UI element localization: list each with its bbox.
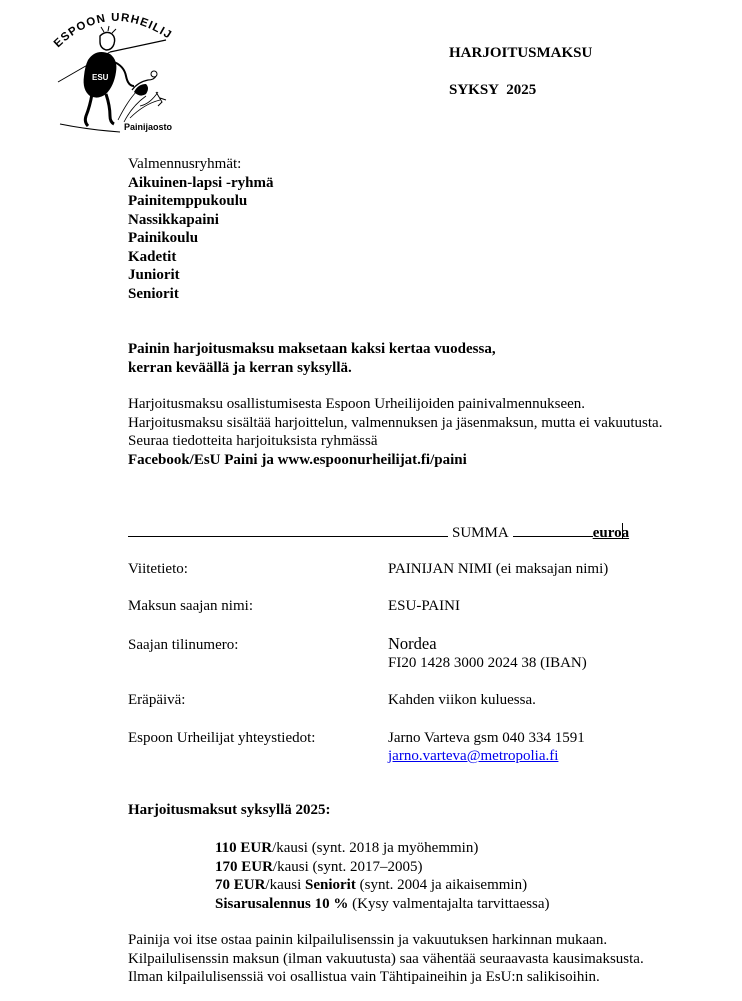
iban-value: FI20 1428 3000 2024 38 (IBAN) xyxy=(388,655,587,672)
summa-field[interactable] xyxy=(513,522,593,537)
wrestler-logo-icon: ESPOON URHEILIJAT ESU xyxy=(48,2,180,136)
group-item: Nassikkapaini xyxy=(128,211,273,230)
group-item: Painikoulu xyxy=(128,229,273,248)
recipient-name-label: Maksun saajan nimi: xyxy=(128,598,253,615)
group-item: Juniorit xyxy=(128,266,273,285)
payer-name-field[interactable] xyxy=(128,522,448,537)
training-groups: Valmennusryhmät: Aikuinen-lapsi -ryhmä P… xyxy=(128,155,273,303)
logo-caption: Painijaosto xyxy=(124,122,172,132)
fee-note: (synt. 2004 ja aikaisemmin) xyxy=(356,877,527,893)
fee-info-line: kerran keväällä ja kerran syksyllä. xyxy=(128,359,496,378)
links-line: Facebook/EsU Paini ja www.espoonurheilij… xyxy=(128,451,662,470)
currency-unit: euroa xyxy=(593,525,629,541)
fee-info-line: Painin harjoitusmaksu maksetaan kaksi ke… xyxy=(128,340,496,359)
logo-shirt-text: ESU xyxy=(92,73,109,82)
fees-list: 110 EUR/kausi (synt. 2018 ja myöhemmin) … xyxy=(215,839,550,913)
fee-unit: /kausi xyxy=(265,877,305,893)
fee-item: 70 EUR/kausi Seniorit (synt. 2004 ja aik… xyxy=(215,876,550,895)
group-item: Kadetit xyxy=(128,248,273,267)
fee-amount: 170 EUR xyxy=(215,859,273,875)
reference-value: PAINIJAN NIMI (ei maksajan nimi) xyxy=(388,561,608,578)
license-line: Ilman kilpailulisenssiä voi osallistua v… xyxy=(128,968,644,987)
fees-heading: Harjoitusmaksut syksyllä 2025: xyxy=(128,802,331,819)
document-title: HARJOITUSMAKSU xyxy=(449,45,592,62)
fee-item: 170 EUR/kausi (synt. 2017–2005) xyxy=(215,858,550,877)
license-line: Kilpailulisenssin maksun (ilman vakuutus… xyxy=(128,950,644,969)
license-line: Painija voi itse ostaa painin kilpailuli… xyxy=(128,931,644,950)
fee-amount: 110 EUR xyxy=(215,840,272,856)
reference-label: Viitetieto: xyxy=(128,561,188,578)
currency-unit-part: a xyxy=(622,525,630,541)
amount-form-row: SUMMAeuroa xyxy=(128,522,629,542)
fee-note: (Kysy valmentajalta tarvittaessa) xyxy=(348,896,549,912)
summa-label: SUMMA xyxy=(452,525,509,541)
description-line: Harjoitusmaksu osallistumisesta Espoon U… xyxy=(128,395,662,414)
club-logo: ESPOON URHEILIJAT ESU Painijaosto xyxy=(48,2,180,136)
fee-note: (synt. 2017–2005) xyxy=(309,859,423,875)
currency-unit-part: euro xyxy=(593,525,622,541)
description: Harjoitusmaksu osallistumisesta Espoon U… xyxy=(128,395,662,469)
due-date-label: Eräpäivä: xyxy=(128,692,185,709)
fee-amount: Sisarusalennus 10 % xyxy=(215,896,348,912)
contact-label: Espoon Urheilijat yhteystiedot: xyxy=(128,730,315,747)
fee-category: Seniorit xyxy=(305,877,356,893)
bank-name: Nordea xyxy=(388,634,437,654)
contact-value: Jarno Varteva gsm 040 334 1591 xyxy=(388,730,585,747)
license-info: Painija voi itse ostaa painin kilpailuli… xyxy=(128,931,644,987)
fee-schedule-note: Painin harjoitusmaksu maksetaan kaksi ke… xyxy=(128,340,496,377)
group-item: Painitemppukoulu xyxy=(128,192,273,211)
recipient-name-value: ESU-PAINI xyxy=(388,598,460,615)
description-line: Seuraa tiedotteita harjoituksista ryhmäs… xyxy=(128,432,662,451)
description-line: Harjoitusmaksu sisältää harjoittelun, va… xyxy=(128,414,662,433)
due-date-value: Kahden viikon kuluessa. xyxy=(388,692,536,709)
fee-note: (synt. 2018 ja myöhemmin) xyxy=(308,840,478,856)
contact-email-link[interactable]: jarno.varteva@metropolia.fi xyxy=(388,748,558,765)
fee-item: 110 EUR/kausi (synt. 2018 ja myöhemmin) xyxy=(215,839,550,858)
document-subtitle: SYKSY 2025 xyxy=(449,82,536,99)
fee-unit: /kausi xyxy=(272,840,308,856)
account-number-label: Saajan tilinumero: xyxy=(128,637,238,654)
fee-item: Sisarusalennus 10 % (Kysy valmentajalta … xyxy=(215,895,550,914)
groups-heading: Valmennusryhmät: xyxy=(128,155,273,174)
fee-unit: /kausi xyxy=(273,859,309,875)
group-item: Aikuinen-lapsi -ryhmä xyxy=(128,174,273,193)
group-item: Seniorit xyxy=(128,285,273,304)
fee-amount: 70 EUR xyxy=(215,877,265,893)
